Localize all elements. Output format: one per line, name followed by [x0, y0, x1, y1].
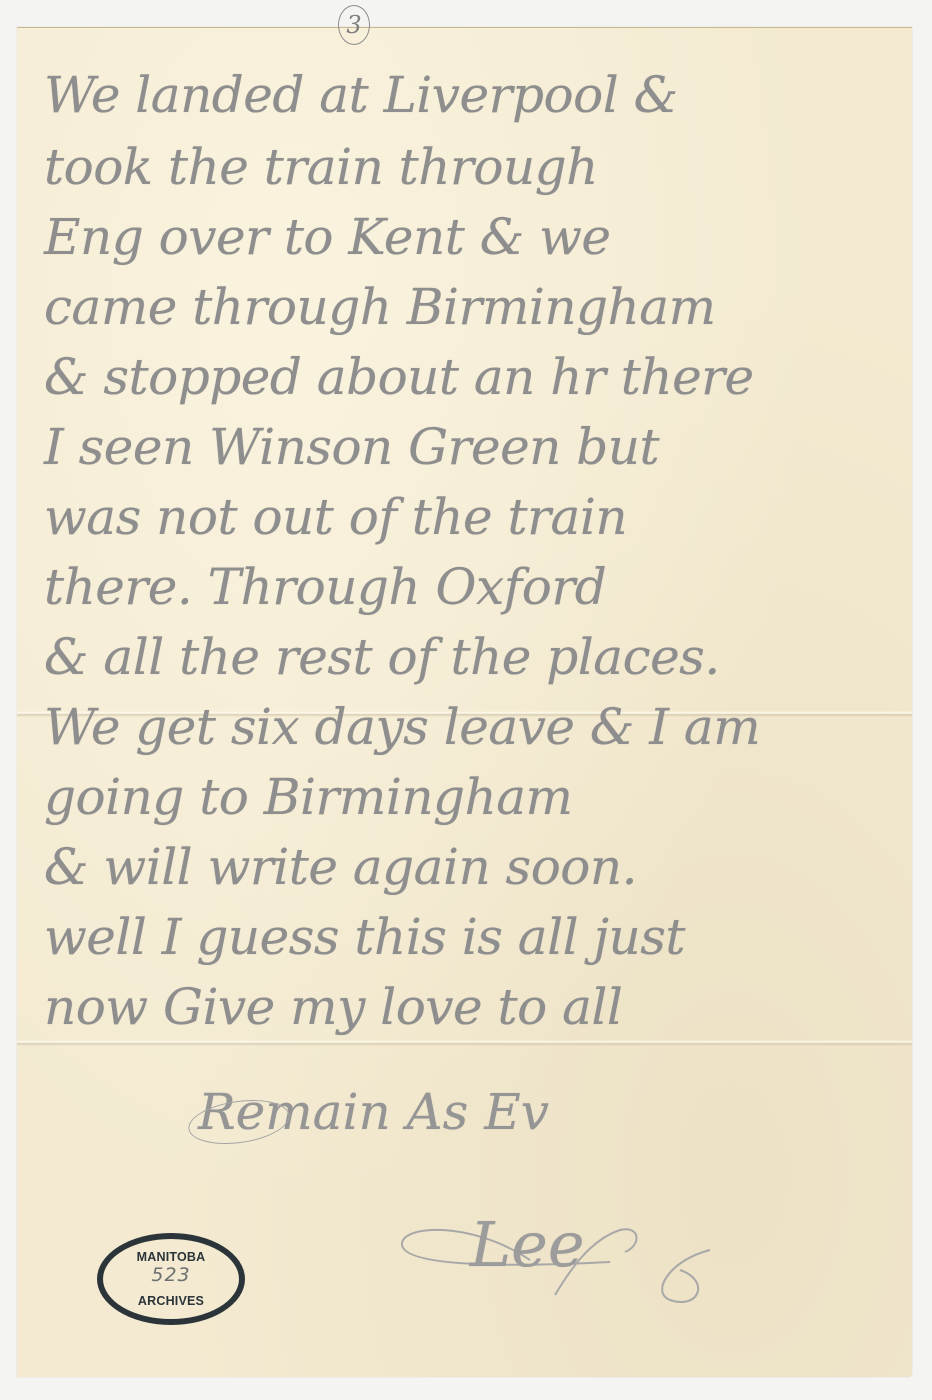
letter-line: now Give my love to all	[44, 977, 622, 1037]
letter-line: took the train through	[44, 137, 598, 197]
closing-line: Remain As Ev	[198, 1083, 549, 1141]
fold-crease	[17, 1040, 912, 1046]
letter-line: & stopped about an hr there	[44, 347, 754, 407]
signature-text: Lee	[470, 1208, 585, 1281]
letter-line: was not out of the train	[44, 487, 627, 547]
letter-line: well I guess this is all just	[44, 907, 685, 967]
stamp-top-text: MANITOBA	[103, 1250, 239, 1264]
stamp-number: 523	[103, 1264, 239, 1286]
letter-line: there. Through Oxford	[44, 557, 606, 617]
letter-line: Eng over to Kent & we	[44, 207, 611, 267]
page-number-circle: 3	[338, 5, 370, 45]
letter-line: & will write again soon.	[44, 837, 637, 897]
letter-line: We landed at Liverpool &	[44, 65, 678, 125]
letter-line: came through Birmingham	[44, 277, 715, 337]
letter-line: We get six days leave & I am	[44, 697, 760, 757]
letter-line: & all the rest of the places.	[44, 627, 720, 687]
page-number: 3	[346, 11, 361, 39]
letter-line: I seen Winson Green but	[44, 417, 659, 477]
letter-line: going to Birmingham	[44, 767, 572, 827]
archive-stamp: MANITOBA 523 ARCHIVES	[97, 1233, 245, 1325]
signature: Lee	[380, 1200, 740, 1310]
stamp-bottom-text: ARCHIVES	[103, 1294, 239, 1308]
